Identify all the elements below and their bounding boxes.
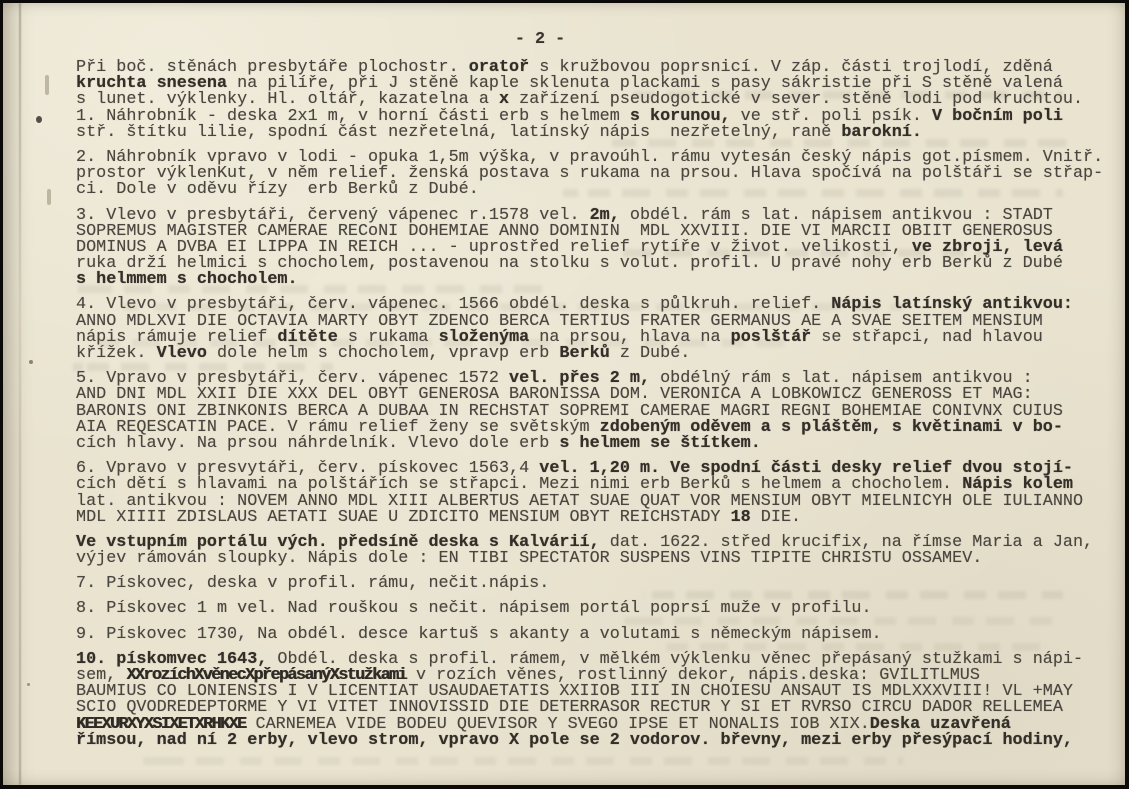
text-line: římsou, nad ní 2 erby, vlevo strom, vpra…: [76, 733, 1106, 749]
emphasized-text: Vlevo: [157, 344, 207, 363]
emphasized-text: 18: [731, 508, 751, 527]
bleed-through-mark: [143, 757, 903, 765]
paragraph: 6. Vpravo v presvytáři, červ. pískovec 1…: [76, 461, 1106, 526]
ink-speck: [29, 360, 33, 364]
paragraph: 9. Pískovec 1730, Na obdél. desce kartuš…: [76, 627, 1106, 643]
emphasized-text: římsou, nad ní 2 erby, vlevo strom, vpra…: [76, 731, 1073, 750]
scanned-page-frame: - 2 - Při boč. stěnách presbytáře plocho…: [0, 0, 1129, 789]
paragraph: 4. Vlevo v presbytáři, červ. vápenec. 15…: [76, 297, 1106, 362]
text-line: 9. Pískovec 1730, Na obdél. desce kartuš…: [76, 627, 1106, 643]
paragraph: Při boč. stěnách presbytáře plochostr. o…: [76, 60, 1106, 141]
emphasized-text: V bočním poli: [932, 107, 1063, 126]
emphasized-text: poslštář: [731, 328, 812, 347]
ink-speck: [27, 683, 30, 686]
text-line: stř. štítku lilie, spodní část nezřeteln…: [76, 125, 1106, 141]
paragraph: 3. Vlevo v presbytáři, červený vápenec r…: [76, 208, 1106, 289]
paper-sheet: - 2 - Při boč. stěnách presbytáře plocho…: [3, 3, 1125, 785]
paper-fold-line: [19, 3, 21, 785]
text-line: cích hlavy. Na prsou náhrdelník. Vlevo d…: [76, 436, 1106, 452]
staple-mark: [47, 189, 51, 205]
emphasized-text: s helmmem s chocholem.: [76, 270, 298, 289]
paragraph: 7. Pískovec, deska v profil. rámu, nečit…: [76, 576, 1106, 592]
staple-mark: [45, 75, 49, 95]
paragraph: 10. pískomvec 1643, Obdél. deska s profi…: [76, 652, 1106, 749]
emphasized-text: barokní.: [841, 123, 922, 142]
ink-speck: [36, 116, 42, 123]
emphasized-text: s helmem se štítkem.: [559, 434, 760, 453]
paragraph: 5. Vpravo v presbytáři, červ. vápenec 15…: [76, 371, 1106, 452]
emphasized-text: Berků: [559, 344, 609, 363]
text-line: výjev rámován sloupky. Nápis dole : EN T…: [76, 551, 1106, 567]
page-number: - 2 -: [440, 30, 640, 49]
text-line: s helmmem s chocholem.: [76, 272, 1106, 288]
paragraph: 2. Náhrobník vpravo v lodi - opuka 1,5m …: [76, 150, 1106, 199]
text-line: 7. Pískovec, deska v profil. rámu, nečit…: [76, 576, 1106, 592]
text-line: ci. Dole v oděvu řízy erb Berků z Dubé.: [76, 182, 1106, 198]
text-line: 8. Pískovec 1 m vel. Nad rouškou s nečit…: [76, 601, 1106, 617]
text-line: křížek. Vlevo dole helm s chocholem, vpr…: [76, 346, 1106, 362]
text-line: MDL XIIII ZDISLAUS AETATI SUAE U ZDICITO…: [76, 510, 1106, 526]
paragraph: Ve vstupním portálu vých. předsíně deska…: [76, 535, 1106, 567]
paragraph: 8. Pískovec 1 m vel. Nad rouškou s nečit…: [76, 601, 1106, 617]
document-body: Při boč. stěnách presbytáře plochostr. o…: [76, 60, 1106, 758]
